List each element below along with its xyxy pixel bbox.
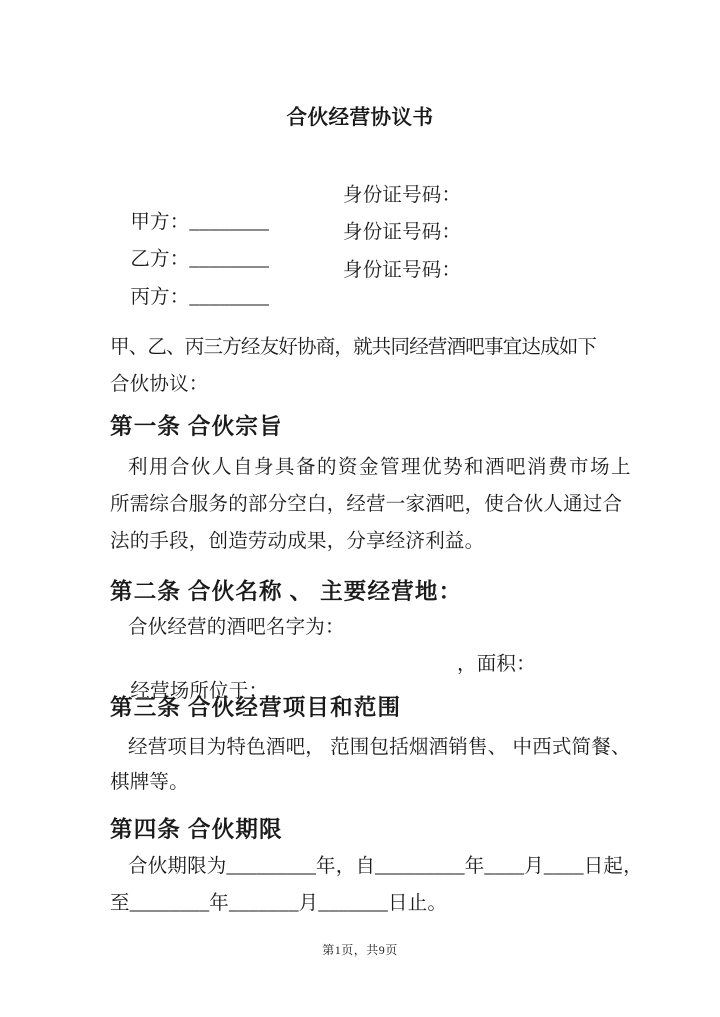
party-name-blank: ________: [189, 287, 269, 308]
party-label: 丙方：: [130, 287, 189, 308]
article-2-heading: 第二条 合伙名称 、 主要经营地：: [110, 578, 462, 606]
article-1-heading: 第一条 合伙宗旨: [110, 413, 283, 441]
article-1-line-1: 利用合伙人自身具备的资金管理优势和酒吧消费市场上: [128, 454, 632, 481]
preamble-line-2: 合伙协议：: [110, 371, 209, 398]
article-3-line-2: 棋牌等。: [110, 769, 189, 796]
area-label: ，面积：: [457, 651, 536, 678]
article-3-line-1: 经营项目为特色酒吧， 范围包括烟酒销售、 中西式简餐、: [128, 734, 631, 761]
preamble-line-1: 甲、乙、丙三方经友好协商，就共同经营酒吧事宜达成如下: [110, 334, 596, 361]
page-number-footer: 第1页，共9页: [0, 941, 720, 958]
article-2-line-1: 合伙经营的酒吧名字为：: [128, 614, 345, 641]
article-1-line-2: 所需综合服务的部分空白，经营一家酒吧，使合伙人通过合: [110, 491, 622, 518]
party-id-label: 身份证号码：: [343, 219, 461, 246]
article-4-line-2: 至________年_______月_______日止。: [110, 890, 447, 917]
document-page: 合伙经营协议书 甲方：________ 身份证号码： 乙方：________ 身…: [0, 0, 720, 1017]
article-3-heading: 第三条 合伙经营项目和范围: [110, 694, 401, 722]
article-4-heading: 第四条 合伙期限: [110, 816, 283, 844]
party-id-label: 身份证号码：: [343, 182, 461, 209]
party-id-label: 身份证号码：: [343, 257, 461, 284]
article-1-line-3: 法的手段，创造劳动成果，分享经济利益。: [110, 528, 484, 555]
article-4-line-1: 合伙期限为_________年，自_________年____月____日起，: [128, 853, 643, 880]
page-title: 合伙经营协议书: [0, 100, 720, 130]
